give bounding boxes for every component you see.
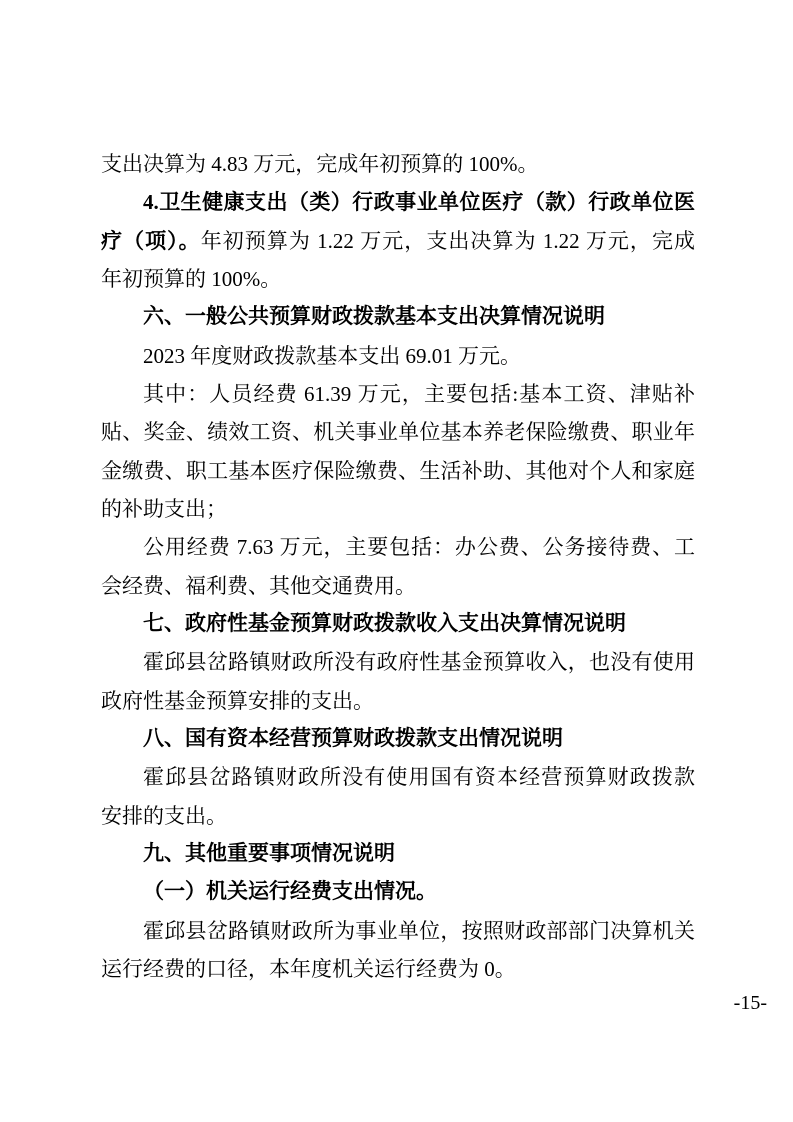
section-heading: （一）机关运行经费支出情况。 [101, 873, 695, 911]
text-run: 运行经费的口径，本年度机关运行经费为 0。 [101, 957, 516, 981]
text-line: 公用经费 7.63 万元，主要包括：办公费、公务接待费、工 [101, 528, 695, 566]
text-run: 4.卫生健康支出（类）行政事业单位医疗（款）行政单位医 [143, 190, 695, 214]
text-line: 霍邱县岔路镇财政所没有政府性基金预算收入，也没有使用 [101, 643, 695, 681]
text-run: 七、政府性基金预算财政拨款收入支出决算情况说明 [143, 612, 626, 635]
text-run: 的补助支出； [101, 497, 227, 521]
text-run: 会经费、福利费、其他交通费用。 [101, 574, 416, 598]
text-line: 会经费、福利费、其他交通费用。 [101, 567, 695, 605]
text-run: 2023 年度财政拨款基本支出 69.01 万元。 [143, 344, 521, 368]
text-run: 疗（项）。 [101, 229, 201, 253]
section-heading: 七、政府性基金预算财政拨款收入支出决算情况说明 [101, 605, 695, 643]
text-run: 霍邱县岔路镇财政所没有使用国有资本经营预算财政拨款 [143, 765, 695, 789]
text-line: 其中：人员经费 61.39 万元，主要包括:基本工资、津贴补 [101, 375, 695, 413]
section-heading: 六、一般公共预算财政拨款基本支出决算情况说明 [101, 298, 695, 336]
text-line: 4.卫生健康支出（类）行政事业单位医疗（款）行政单位医 [101, 183, 695, 221]
page-number: -15- [734, 991, 767, 1015]
section-heading: 八、国有资本经营预算财政拨款支出情况说明 [101, 720, 695, 758]
section-heading: 九、其他重要事项情况说明 [101, 835, 695, 873]
text-line: 霍邱县岔路镇财政所没有使用国有资本经营预算财政拨款 [101, 758, 695, 796]
text-run: 九、其他重要事项情况说明 [143, 842, 395, 865]
text-line: 霍邱县岔路镇财政所为事业单位，按照财政部部门决算机关 [101, 912, 695, 950]
text-line: 2023 年度财政拨款基本支出 69.01 万元。 [101, 337, 695, 375]
text-run: 六、一般公共预算财政拨款基本支出决算情况说明 [143, 305, 605, 328]
text-run: 霍邱县岔路镇财政所没有政府性基金预算收入，也没有使用 [143, 650, 695, 674]
text-run: 八、国有资本经营预算财政拨款支出情况说明 [143, 727, 563, 750]
text-line: 支出决算为 4.83 万元，完成年初预算的 100%。 [101, 145, 695, 183]
text-line: 运行经费的口径，本年度机关运行经费为 0。 [101, 950, 695, 988]
text-run: 其中：人员经费 61.39 万元，主要包括:基本工资、津贴补 [143, 382, 695, 406]
text-line: 政府性基金预算安排的支出。 [101, 682, 695, 720]
text-line: 贴、奖金、绩效工资、机关事业单位基本养老保险缴费、职业年 [101, 413, 695, 451]
document-page: 支出决算为 4.83 万元，完成年初预算的 100%。4.卫生健康支出（类）行政… [0, 0, 793, 1122]
text-run: （一）机关运行经费支出情况。 [143, 880, 437, 903]
text-line: 金缴费、职工基本医疗保险缴费、生活补助、其他对个人和家庭 [101, 452, 695, 490]
text-run: 政府性基金预算安排的支出。 [101, 689, 374, 713]
text-line: 的补助支出； [101, 490, 695, 528]
text-run: 安排的支出。 [101, 804, 227, 828]
text-run: 年初预算的 100%。 [101, 267, 281, 291]
text-run: 支出决算为 4.83 万元，完成年初预算的 100%。 [101, 152, 539, 176]
text-line: 疗（项）。年初预算为 1.22 万元，支出决算为 1.22 万元，完成 [101, 222, 695, 260]
text-run: 金缴费、职工基本医疗保险缴费、生活补助、其他对个人和家庭 [101, 459, 695, 483]
text-run: 霍邱县岔路镇财政所为事业单位，按照财政部部门决算机关 [143, 919, 695, 943]
text-line: 安排的支出。 [101, 797, 695, 835]
text-run: 年初预算为 1.22 万元，支出决算为 1.22 万元，完成 [201, 229, 695, 253]
document-body: 支出决算为 4.83 万元，完成年初预算的 100%。4.卫生健康支出（类）行政… [101, 145, 695, 988]
text-run: 贴、奖金、绩效工资、机关事业单位基本养老保险缴费、职业年 [101, 420, 695, 444]
text-run: 公用经费 7.63 万元，主要包括：办公费、公务接待费、工 [143, 535, 695, 559]
text-line: 年初预算的 100%。 [101, 260, 695, 298]
